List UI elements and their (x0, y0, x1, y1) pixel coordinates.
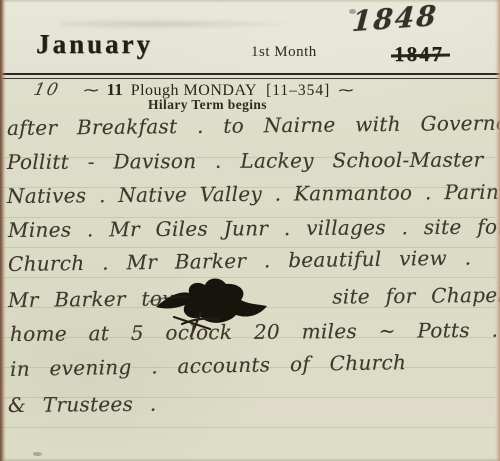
diary-line: Church . Mr Barker . beautiful view . (8, 246, 472, 276)
day-number: 11 (107, 80, 123, 99)
diary-line: Mines . Mr Giles Junr . villages . site … (8, 215, 500, 242)
diary-line: after Breakfast . to Nairne with Governo… (7, 111, 500, 140)
term-note: Hilary Term begins (148, 97, 267, 113)
diary-line: Natives . Native Valley . Kanmantoo . Pa… (7, 179, 500, 208)
handwritten-year: 1848 (351, 0, 439, 38)
month-title: January (36, 29, 153, 60)
diary-line: Pollitt - Davison . Lackey School-Master… (7, 147, 500, 174)
printed-year-struck: 1847 (394, 42, 444, 67)
ornament-right: ⁓ (338, 83, 351, 99)
scan-edge-top (0, 0, 500, 3)
ornament-left: ⁓ (84, 83, 97, 99)
header-rule-thick (0, 73, 500, 75)
diary-line-segment: Mr Barker township (8, 286, 237, 312)
scan-edge-left (0, 0, 6, 461)
diary-page: 1848 January 1st Month 1847 10 ⁓ 11 Plou… (0, 0, 500, 461)
header-rule-thin (0, 78, 500, 79)
diary-line: Mr Barker townshipsite for Chapel . (8, 283, 500, 312)
diary-line: in evening . accounts of Church (10, 350, 407, 381)
diary-line: & Trustees . (8, 392, 157, 417)
diary-line-segment: site for Chapel . (332, 283, 500, 309)
scan-edge-right (495, 0, 500, 461)
paper-speck (349, 9, 356, 14)
ink-speck (33, 452, 42, 456)
day-of-year-range: [11–354] (266, 82, 330, 99)
month-ordinal-label: 1st Month (251, 44, 317, 61)
diary-line: home at 5 oclock 20 miles ~ Potts . (10, 318, 498, 346)
handwritten-prev-day: 10 (32, 80, 62, 100)
